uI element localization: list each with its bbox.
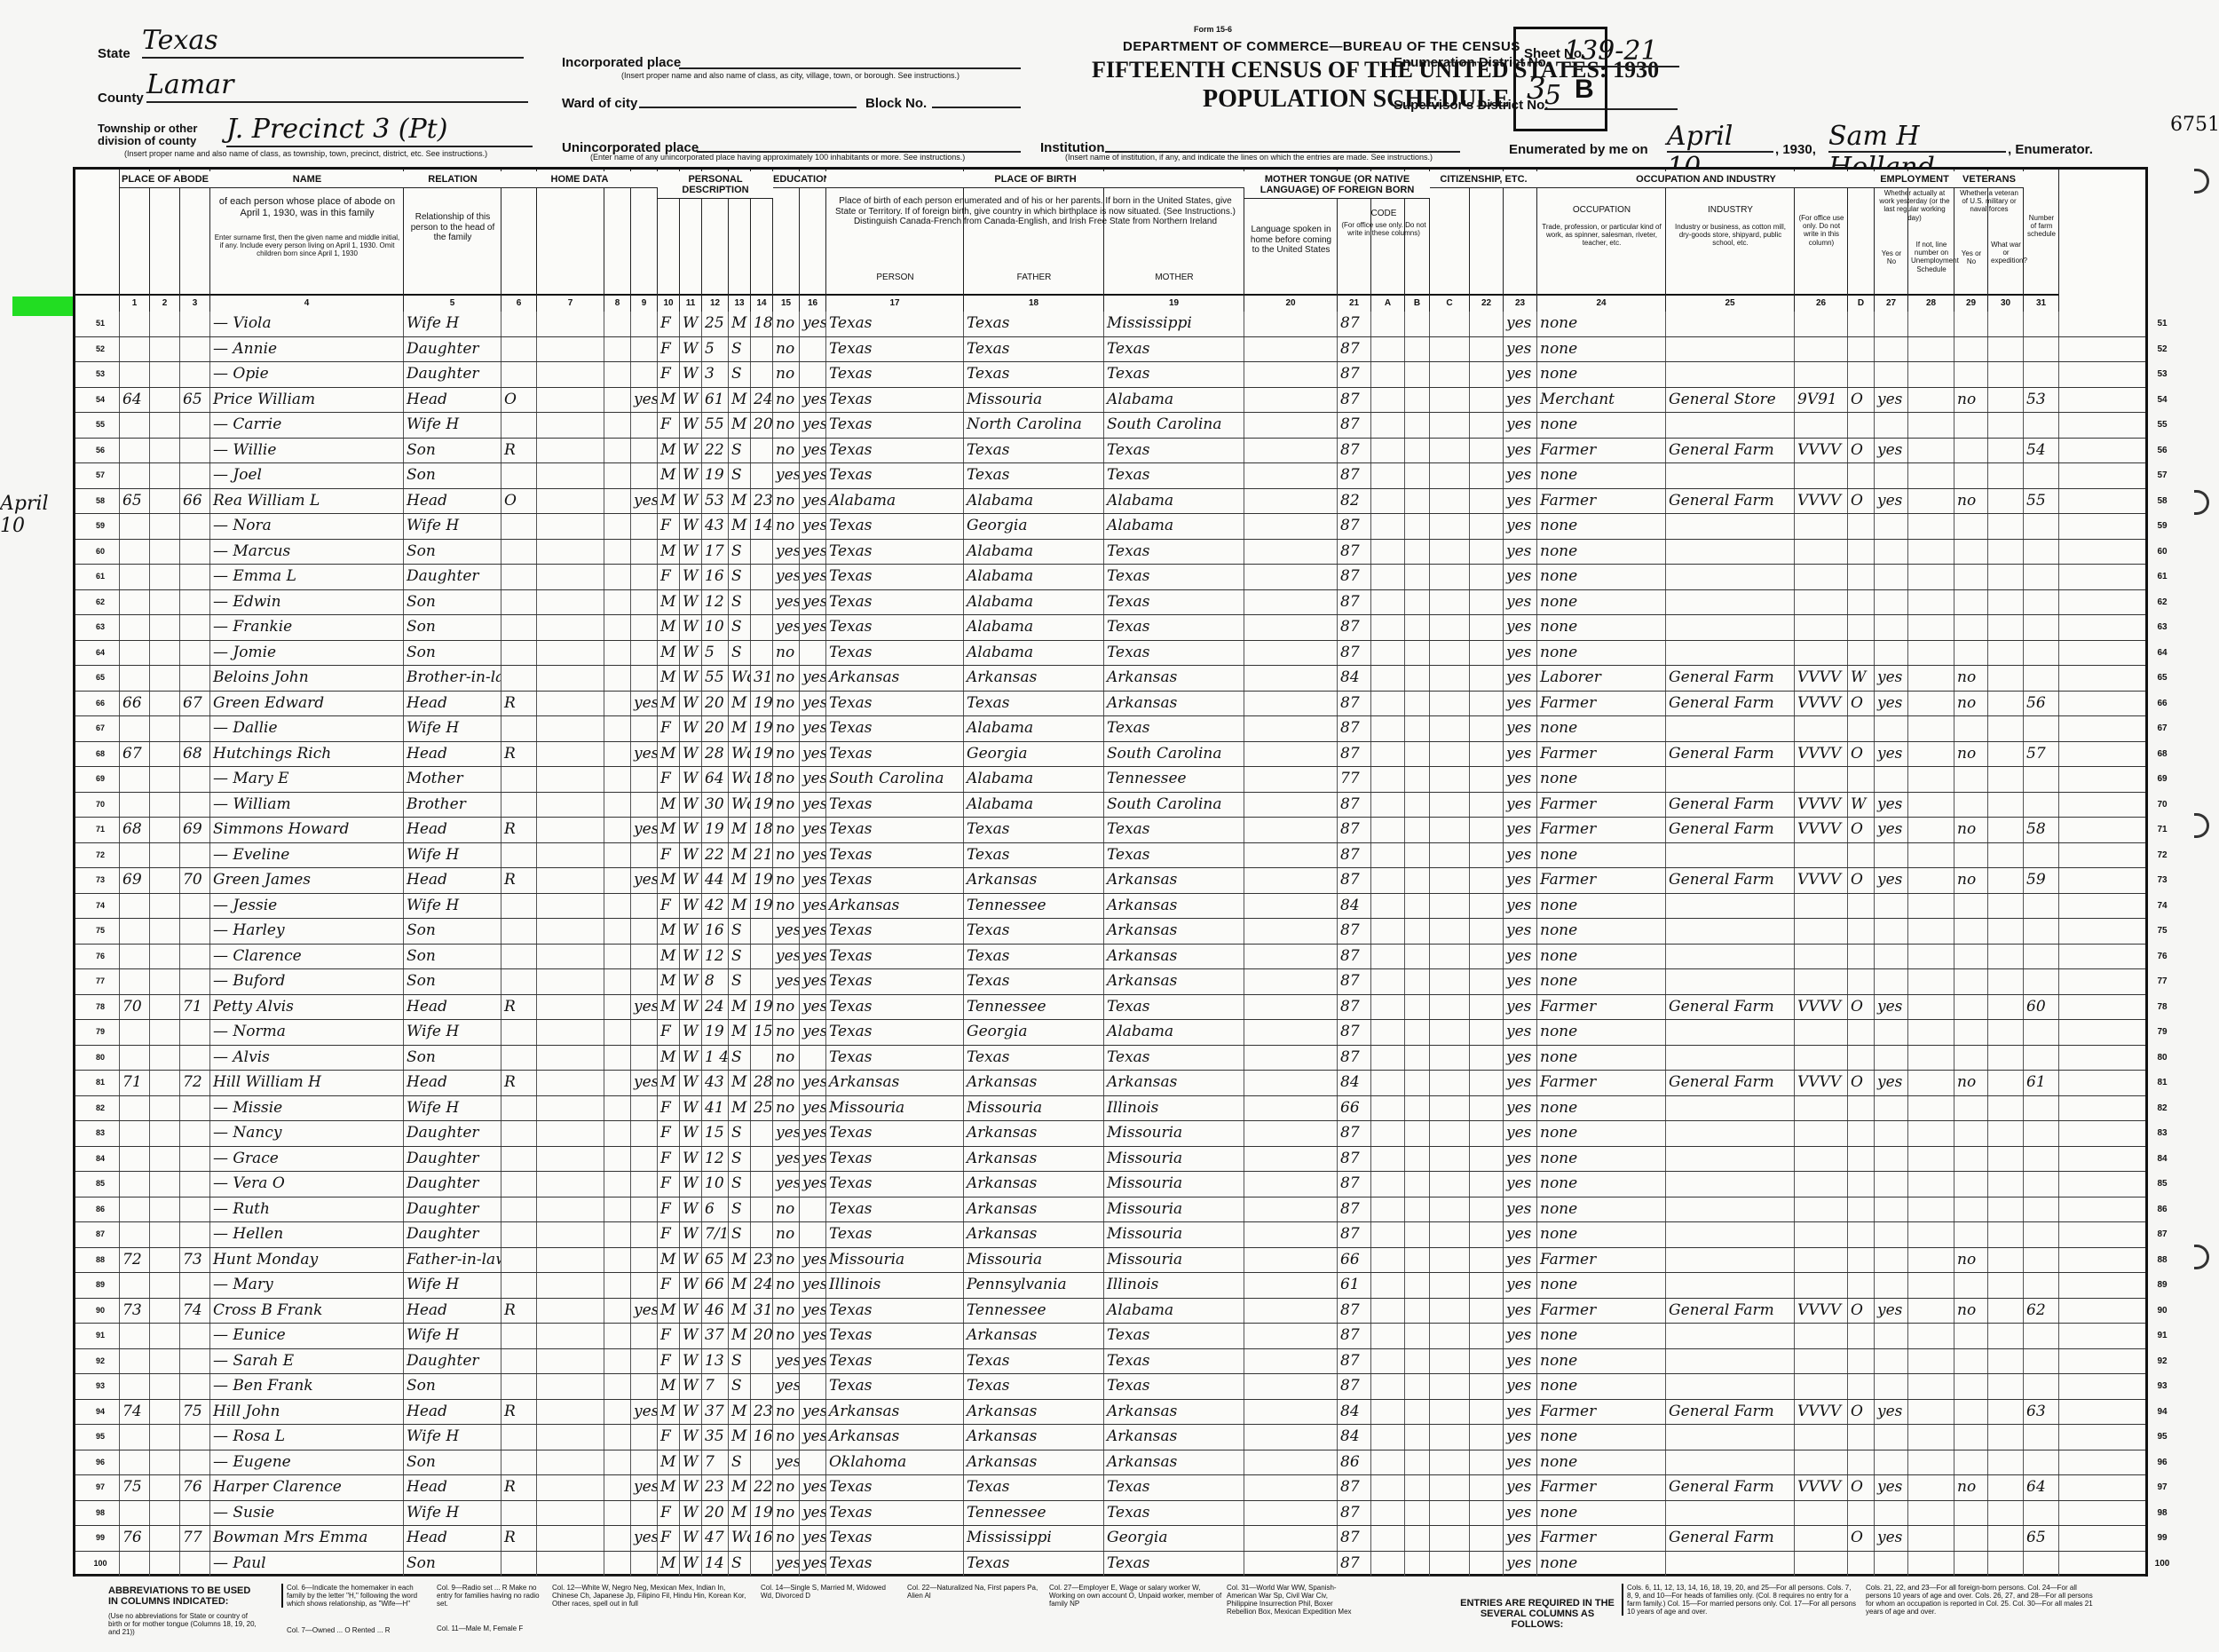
cell-work [1875,1501,1908,1526]
institution-value [1105,137,1460,153]
column-number: 28 [1908,294,1954,312]
cell-cls [1848,362,1875,387]
table-row: 69— Mary EMotherFW64Wd18noyesSouth Carol… [75,767,2145,793]
cell-home [501,312,537,336]
cell-birth: Texas [826,1121,964,1146]
cell-work [1875,1222,1908,1247]
block-label: Block No. [865,96,927,111]
cell-name: — Joel [210,463,404,488]
cell-code-a: 87 [1338,1020,1371,1045]
cell-work [1875,1324,1908,1348]
cell-empty [1405,1172,1430,1197]
cell-birth: Texas [826,514,964,539]
cell-age: 1 4/12 [702,1046,729,1071]
cell-relation: Head [404,995,501,1020]
cell-mother: Texas [1104,615,1244,640]
cell-code-a: 87 [1338,641,1371,666]
cell-age-marr [751,565,773,589]
cell-dwelling: 64 [120,388,150,413]
cell-empty [1371,540,1405,565]
cell-code-d: VVVV [1795,666,1848,691]
cell-race: W [680,312,702,336]
cell-code-a: 84 [1338,1400,1371,1425]
cell-sex: F [658,413,680,438]
cell-empty [1470,337,1504,362]
cell-vet [1954,894,1988,919]
cell-farm-sched [2024,919,2059,944]
cell-occupation: none [1537,716,1666,741]
cell-empty [1908,439,1954,463]
cell-code-d [1795,1172,1848,1197]
cell-empty [1908,1349,1954,1374]
cell-industry [1666,1198,1795,1222]
cell-empty [1371,489,1405,514]
cell-industry [1666,615,1795,640]
cell-relation: Wife H [404,1425,501,1450]
cell-empty [1470,1096,1504,1121]
block-value [932,92,1021,108]
cell-cls: O [1848,1475,1875,1500]
cell-value [537,413,604,438]
cell-occupation: none [1537,362,1666,387]
cell-farm: yes [631,692,658,716]
employment-description: Whether actually at work yesterday (or t… [1877,189,1952,222]
column-number: 18 [964,294,1103,312]
cell-relation: Head [404,868,501,893]
cell-radio [604,1273,631,1298]
cell-war [1988,818,2024,842]
cell-dwelling [120,1501,150,1526]
cell-empty [150,1299,180,1324]
cell-industry [1666,514,1795,539]
cell-empty [1405,919,1430,944]
cell-empty [1470,1324,1504,1348]
cell-mother: Texas [1104,362,1244,387]
line-number-left: 76 [91,945,109,968]
column-number: D [1848,294,1874,312]
cell-empty: 63 [75,615,120,640]
cell-war [1988,767,2024,792]
cell-marital: S [729,540,751,565]
cell-farm-sched [2024,1222,2059,1247]
table-row: 95— Rosa LWife HFW35M16noyesArkansasArka… [75,1425,2145,1450]
cell-empty [1244,1198,1338,1222]
table-row: 89— MaryWife HFW66M24noyesIllinoisPennsy… [75,1273,2145,1299]
cell-code-a: 87 [1338,1046,1371,1071]
cell-birth: Texas [826,742,964,767]
table-row: 74— JessieWife HFW42M19noyesArkansasTenn… [75,894,2145,920]
cell-read [800,1450,826,1475]
cell-dwelling [120,590,150,615]
cell-empty [1405,818,1430,842]
cell-code-a: 82 [1338,489,1371,514]
cell-farm [631,641,658,666]
cell-farm-sched [2024,540,2059,565]
line-number-left: 63 [91,615,109,639]
cell-read: yes [800,692,826,716]
cell-industry: General Farm [1666,868,1795,893]
cell-war [1988,1071,2024,1095]
cell-empty [1430,1172,1470,1197]
cell-birth: Texas [826,1324,964,1348]
cell-empty [1244,919,1338,944]
cell-war [1988,1020,2024,1045]
cell-empty [1405,1198,1430,1222]
cell-farm: yes [631,995,658,1020]
cell-race: W [680,1450,702,1475]
cell-code-a: 87 [1338,716,1371,741]
abbrev-col14: Col. 14—Single S, Married M, Widowed Wd,… [761,1584,894,1600]
cell-age: 61 [702,388,729,413]
cell-home [501,1324,537,1348]
cell-mother: Alabama [1104,388,1244,413]
line-number-right: 56 [2151,439,2174,462]
cell-birth: Texas [826,615,964,640]
cell-code-d [1795,1020,1848,1045]
cell-empty [1430,1450,1470,1475]
line-number-left: 61 [91,565,109,589]
cell-empty [1908,1475,1954,1500]
cell-relation: Son [404,1450,501,1475]
cell-marital: M [729,818,751,842]
group-employment: EMPLOYMENT [1875,171,1954,188]
county-label: County [98,91,144,106]
cell-sex: M [658,1071,680,1095]
cell-family [180,894,210,919]
cell-war [1988,995,2024,1020]
cell-empty [1908,1222,1954,1247]
entries-title: ENTRIES ARE REQUIRED IN THE SEVERAL COLU… [1457,1598,1617,1630]
cell-industry: General Farm [1666,995,1795,1020]
cell-war [1988,514,2024,539]
table-row: 60— MarcusSonMW17SyesyesTexasAlabamaTexa… [75,540,2145,565]
cell-code-a: 87 [1338,1121,1371,1146]
cell-empty [1470,540,1504,565]
cell-empty [1470,463,1504,488]
cell-read: yes [800,666,826,691]
cell-vet: no [1954,818,1988,842]
cell-code-d [1795,337,1848,362]
incorporated-value [679,51,1021,69]
cell-birth: Texas [826,1374,964,1399]
cell-empty [150,742,180,767]
cell-father: Alabama [964,767,1104,792]
cell-empty [1908,969,1954,994]
cell-empty [1908,1147,1954,1172]
cell-vet [1954,1425,1988,1450]
cell-empty: 76 [75,945,120,969]
cell-work: yes [1875,388,1908,413]
cell-empty [1470,1147,1504,1172]
cell-name: — Frankie [210,615,404,640]
cell-code-d [1795,1222,1848,1247]
cell-read: yes [800,1121,826,1146]
cell-sex: F [658,1198,680,1222]
cell-war [1988,337,2024,362]
cell-family [180,413,210,438]
cell-father: Missouria [964,1248,1104,1273]
cell-cls [1848,894,1875,919]
cell-empty [1244,969,1338,994]
cell-code-a: 86 [1338,1450,1371,1475]
birth-person-header: PERSON [829,273,961,283]
cell-empty [1430,742,1470,767]
cell-radio [604,1121,631,1146]
cell-empty [1908,919,1954,944]
column-number: 24 [1537,294,1665,312]
cell-empty [1430,1020,1470,1045]
cell-dwelling [120,666,150,691]
cell-empty [1405,514,1430,539]
cell-empty [1405,1475,1430,1500]
cell-empty: 93 [75,1374,120,1399]
cell-value [537,1273,604,1298]
cell-race: W [680,1273,702,1298]
cell-empty [1908,1071,1954,1095]
cell-age-marr: 20 [751,413,773,438]
cell-industry [1666,919,1795,944]
cell-age-marr [751,337,773,362]
cell-mother: Arkansas [1104,692,1244,716]
cell-family: 67 [180,692,210,716]
cell-birth: Texas [826,439,964,463]
cell-birth: Texas [826,1147,964,1172]
cell-empty [1405,716,1430,741]
cell-empty [1405,868,1430,893]
cell-empty [1405,1046,1430,1071]
cell-farm-sched [2024,666,2059,691]
cell-vet: no [1954,388,1988,413]
cell-vet [1954,615,1988,640]
cell-vet [1954,1046,1988,1071]
cell-work [1875,312,1908,336]
cell-home [501,615,537,640]
cell-cls: W [1848,666,1875,691]
cell-war [1988,945,2024,969]
cell-code-d [1795,1198,1848,1222]
cell-value [537,742,604,767]
industry-description: Industry or business, as cotton mill, dr… [1669,223,1792,248]
cell-relation: Head [404,1526,501,1551]
cell-school: no [773,1501,800,1526]
cell-read: yes [800,1273,826,1298]
cell-dwelling: 65 [120,489,150,514]
cell-empty [1430,312,1470,336]
group-citizenship: CITIZENSHIP, ETC. [1430,171,1537,188]
cell-empty [1470,692,1504,716]
line-number-right: 51 [2151,312,2174,336]
cell-farm-sched [2024,843,2059,868]
cell-father: Alabama [964,615,1104,640]
punch-hole [2194,169,2209,194]
cell-family [180,463,210,488]
cell-empty [150,489,180,514]
cell-cls [1848,312,1875,336]
cell-empty [1371,1222,1405,1247]
cell-empty [1405,843,1430,868]
cell-code-d [1795,565,1848,589]
cell-vet [1954,312,1988,336]
line-number-right: 95 [2151,1425,2174,1449]
column-header: 7 [537,170,604,312]
cell-empty [1470,945,1504,969]
column-number: 22 [1470,294,1503,312]
cell-farm-sched: 59 [2024,868,2059,893]
cell-code-d [1795,413,1848,438]
cell-mother: Texas [1104,463,1244,488]
cell-marital: M [729,868,751,893]
cell-name: Price William [210,388,404,413]
cell-empty [1371,1248,1405,1273]
line-number-left: 99 [91,1526,109,1550]
cell-race: W [680,1147,702,1172]
cell-industry: General Farm [1666,692,1795,716]
cell-farm-sched [2024,413,2059,438]
cell-vet [1954,362,1988,387]
cell-family [180,540,210,565]
cell-value [537,337,604,362]
group-occupation-industry: OCCUPATION AND INDUSTRY [1537,171,1875,188]
cell-speak: yes [1504,793,1537,818]
column-number: 1 [120,294,149,312]
cell-industry: General Farm [1666,1475,1795,1500]
unincorporated-note: (Enter name of any unincorporated place … [590,153,1034,162]
cell-cls: O [1848,1400,1875,1425]
cell-empty [1430,1046,1470,1071]
cell-code-a: 87 [1338,463,1371,488]
line-number-left: 67 [91,716,109,740]
cell-code-d [1795,514,1848,539]
table-row: 887273Hunt MondayFather-in-lawMW65M23noy… [75,1248,2145,1274]
cell-school: no [773,1299,800,1324]
line-number-right: 62 [2151,590,2174,614]
cell-farm-sched [2024,1198,2059,1222]
cell-code-d: VVVV [1795,793,1848,818]
cell-mother: Texas [1104,1374,1244,1399]
cell-empty [1405,1096,1430,1121]
sheet-side: B [1575,75,1594,105]
cell-empty [1371,1349,1405,1374]
cell-cls: O [1848,1299,1875,1324]
cell-code-d [1795,945,1848,969]
cell-father: Georgia [964,514,1104,539]
cell-speak: yes [1504,1198,1537,1222]
cell-name: — Edwin [210,590,404,615]
cell-empty [1430,1526,1470,1551]
ward-value [639,92,857,108]
cell-vet [1954,1526,1988,1551]
cell-occupation: none [1537,1147,1666,1172]
column-number: 5 [404,294,501,312]
cell-radio [604,1450,631,1475]
cell-father: Georgia [964,1020,1104,1045]
cell-value [537,1172,604,1197]
cell-occupation: none [1537,337,1666,362]
cell-farm-sched: 58 [2024,818,2059,842]
table-row: 52— AnnieDaughterFW5SnoTexasTexasTexas87… [75,337,2145,363]
cell-home [501,362,537,387]
cell-cls [1848,1147,1875,1172]
cell-age-marr: 16 [751,1526,773,1551]
cell-name: — Nora [210,514,404,539]
cell-industry [1666,590,1795,615]
cell-speak: yes [1504,1324,1537,1348]
cell-race: W [680,692,702,716]
cell-code-a: 87 [1338,337,1371,362]
cell-marital: M [729,1400,751,1425]
cell-home [501,1172,537,1197]
table-row: 546465Price WilliamHeadOyesMW61M24noyesT… [75,388,2145,414]
table-row: 84— GraceDaughterFW12SyesyesTexasArkansa… [75,1147,2145,1173]
cell-race: W [680,1096,702,1121]
line-number-left: 81 [91,1071,109,1095]
cell-occupation: none [1537,1501,1666,1526]
cell-work [1875,1046,1908,1071]
cell-code-a: 87 [1338,692,1371,716]
cell-industry [1666,1374,1795,1399]
cell-industry [1666,1450,1795,1475]
cell-age-marr [751,463,773,488]
line-number-right: 83 [2151,1121,2174,1145]
cell-read: yes [800,312,826,336]
cell-empty [1908,1324,1954,1348]
cell-age: 64 [702,767,729,792]
table-row: 76— ClarenceSonMW12SyesyesTexasTexasArka… [75,945,2145,970]
cell-age: 12 [702,1147,729,1172]
cell-empty [1430,919,1470,944]
cell-sex: M [658,1450,680,1475]
cell-birth: Texas [826,312,964,336]
cell-age: 43 [702,514,729,539]
cell-industry [1666,1096,1795,1121]
cell-mother: Missouria [1104,1248,1244,1273]
cell-cls [1848,1096,1875,1121]
cell-industry: General Farm [1666,489,1795,514]
abbrev-title: ABBREVIATIONS TO BE USED IN COLUMNS INDI… [108,1585,259,1607]
cell-mother: Alabama [1104,514,1244,539]
cell-empty [1371,1501,1405,1526]
cell-value [537,463,604,488]
cell-radio [604,868,631,893]
cell-age: 13 [702,1349,729,1374]
cell-relation: Brother-in-law [404,666,501,691]
cell-code-d [1795,1147,1848,1172]
cell-father: Texas [964,843,1104,868]
table-row: 56— WillieSonRMW22SnoyesTexasTexasTexas8… [75,439,2145,464]
cell-work [1875,540,1908,565]
cell-relation: Daughter [404,1172,501,1197]
cell-value [537,1324,604,1348]
line-number-right: 74 [2151,894,2174,918]
cell-value [537,1526,604,1551]
cell-family [180,1172,210,1197]
population-schedule-table: 123456789101112131415161718192021ABC2223… [73,167,2148,1577]
column-number: 26 [1795,294,1847,312]
cell-empty: 67 [75,716,120,741]
cell-empty [1244,767,1338,792]
line-number-right: 58 [2151,489,2174,513]
cell-sex: F [658,894,680,919]
cell-code-d [1795,716,1848,741]
county-value: Lamar [146,69,528,103]
cell-speak: yes [1504,716,1537,741]
cell-relation: Son [404,1374,501,1399]
cell-relation: Wife H [404,1324,501,1348]
cell-empty [1405,793,1430,818]
cell-marital: M [729,1020,751,1045]
cell-age: 35 [702,1425,729,1450]
cell-race: W [680,1349,702,1374]
